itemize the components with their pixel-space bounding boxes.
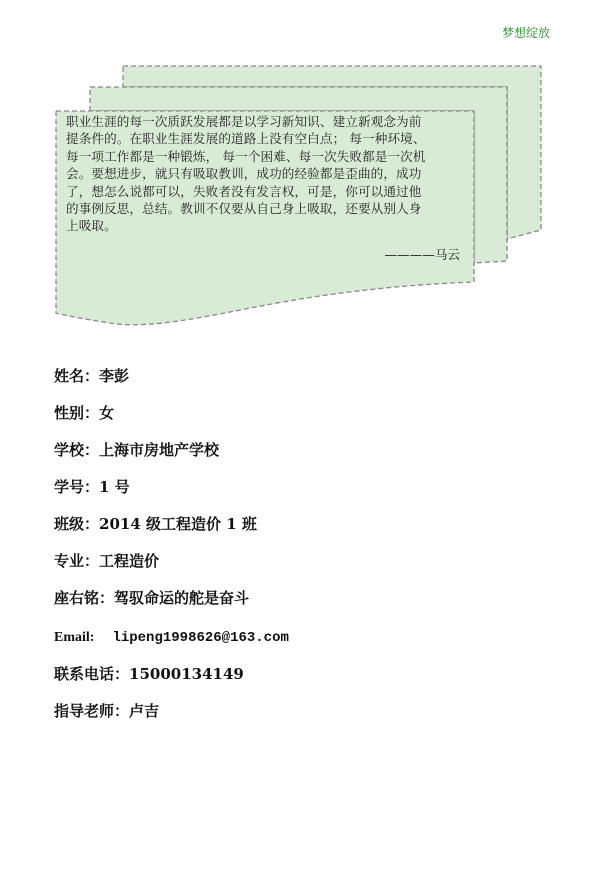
name-label: 姓名： — [54, 367, 99, 385]
email-value: lipeng1998626@163.com — [112, 630, 288, 646]
major-value: 工程造价 — [99, 552, 159, 570]
advisor-value: 卢吉 — [129, 702, 159, 720]
quote-author: ————马云 — [66, 244, 460, 263]
quote-line: 会。要想进步，就只有吸取教训，成功的经验都是歪曲的，成功 — [66, 165, 470, 182]
profile-school: 学校：上海市房地产学校 — [54, 439, 219, 460]
quote-line: 职业生涯的每一次质跃发展都是以学习新知识、建立新观念为前 — [66, 113, 470, 130]
profile-advisor: 指导老师：卢吉 — [54, 700, 159, 721]
school-value: 上海市房地产学校 — [99, 441, 219, 459]
profile-name: 姓名：李彭 — [54, 365, 129, 386]
class-label: 班级： — [54, 515, 99, 533]
profile-motto: 座右铭：驾驭命运的舵是奋斗 — [54, 587, 249, 608]
profile-major: 专业：工程造价 — [54, 550, 159, 571]
phone-value: 15000134149 — [129, 665, 244, 683]
advisor-label: 指导老师： — [54, 702, 129, 720]
email-label: Email: — [54, 630, 94, 645]
motto-label: 座右铭： — [54, 589, 114, 607]
quote-line: 上吸取。 — [66, 217, 470, 234]
motto-value: 驾驭命运的舵是奋斗 — [114, 589, 249, 607]
name-value: 李彭 — [99, 367, 129, 385]
quote-line: 的事例反思，总结。教训不仅要从自己身上吸取，还要从别人身 — [66, 200, 470, 217]
quote-text: 职业生涯的每一次质跃发展都是以学习新知识、建立新观念为前 提条件的。在职业生涯发… — [66, 113, 470, 235]
quote-line: 每一项工作都是一种锻炼， 每一个困难、每一次失败都是一次机 — [66, 148, 470, 165]
school-label: 学校： — [54, 441, 99, 459]
profile-gender: 性别：女 — [54, 402, 114, 423]
quote-line: 提条件的。在职业生涯发展的道路上没有空白点； 每一种环境、 — [66, 130, 470, 147]
major-label: 专业： — [54, 552, 99, 570]
profile-class: 班级：2014 级工程造价 1 班 — [54, 513, 257, 534]
class-value: 2014 级工程造价 1 班 — [99, 515, 257, 533]
profile-student-no: 学号：1 号 — [54, 476, 130, 497]
gender-label: 性别： — [54, 404, 99, 422]
phone-label: 联系电话： — [54, 665, 129, 683]
profile-email: Email:lipeng1998626@163.com — [54, 627, 289, 646]
student-no-value: 1 号 — [99, 478, 130, 496]
quote-line: 了，想怎么说都可以，失败者没有发言权，可是，你可以通过他 — [66, 183, 470, 200]
profile-phone: 联系电话：15000134149 — [54, 663, 244, 684]
gender-value: 女 — [99, 404, 114, 422]
student-no-label: 学号： — [54, 478, 99, 496]
